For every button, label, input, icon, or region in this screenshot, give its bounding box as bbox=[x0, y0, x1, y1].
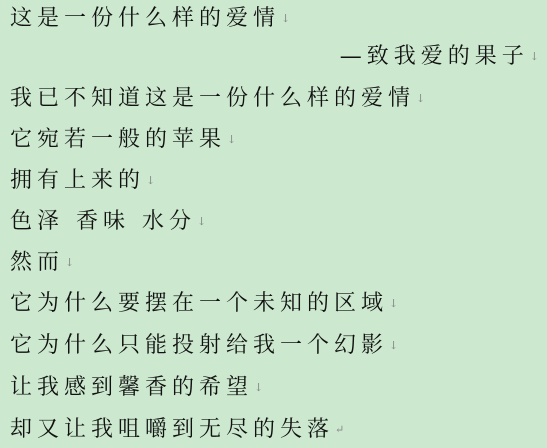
poem-line: 让我感到馨香的希望↓ bbox=[10, 375, 263, 401]
poem-line: 我已不知道这是一份什么样的爱情↓ bbox=[10, 86, 425, 112]
poem-line: 它为什么只能投射给我一个幻影↓ bbox=[10, 333, 398, 359]
poem-line: 却又让我咀嚼到无尽的失落↵ bbox=[10, 417, 344, 443]
line-break-mark: ↓ bbox=[389, 339, 398, 352]
dedication-line: —致我爱的果子↓ bbox=[340, 44, 539, 70]
line-break-mark: ↓ bbox=[416, 92, 425, 105]
paragraph-mark: ↵ bbox=[335, 423, 344, 436]
line-break-mark: ↓ bbox=[197, 215, 206, 228]
line-break-mark: ↓ bbox=[389, 297, 398, 310]
poem-line: 它为什么要摆在一个未知的区域↓ bbox=[10, 291, 398, 317]
poem-line: 色泽 香味 水分↓ bbox=[10, 209, 206, 235]
poem-line: 然而↓ bbox=[10, 250, 74, 276]
poem-line: 它宛若一般的苹果↓ bbox=[10, 127, 236, 153]
line-break-mark: ↓ bbox=[254, 381, 263, 394]
line-break-mark: ↓ bbox=[227, 133, 236, 146]
line-break-mark: ↓ bbox=[146, 174, 155, 187]
poem-title: 这是一份什么样的爱情↓ bbox=[10, 6, 290, 32]
line-break-mark: ↓ bbox=[65, 256, 74, 269]
line-break-mark: ↓ bbox=[281, 12, 290, 25]
line-break-mark: ↓ bbox=[530, 50, 539, 63]
poem-line: 拥有上来的↓ bbox=[10, 168, 155, 194]
